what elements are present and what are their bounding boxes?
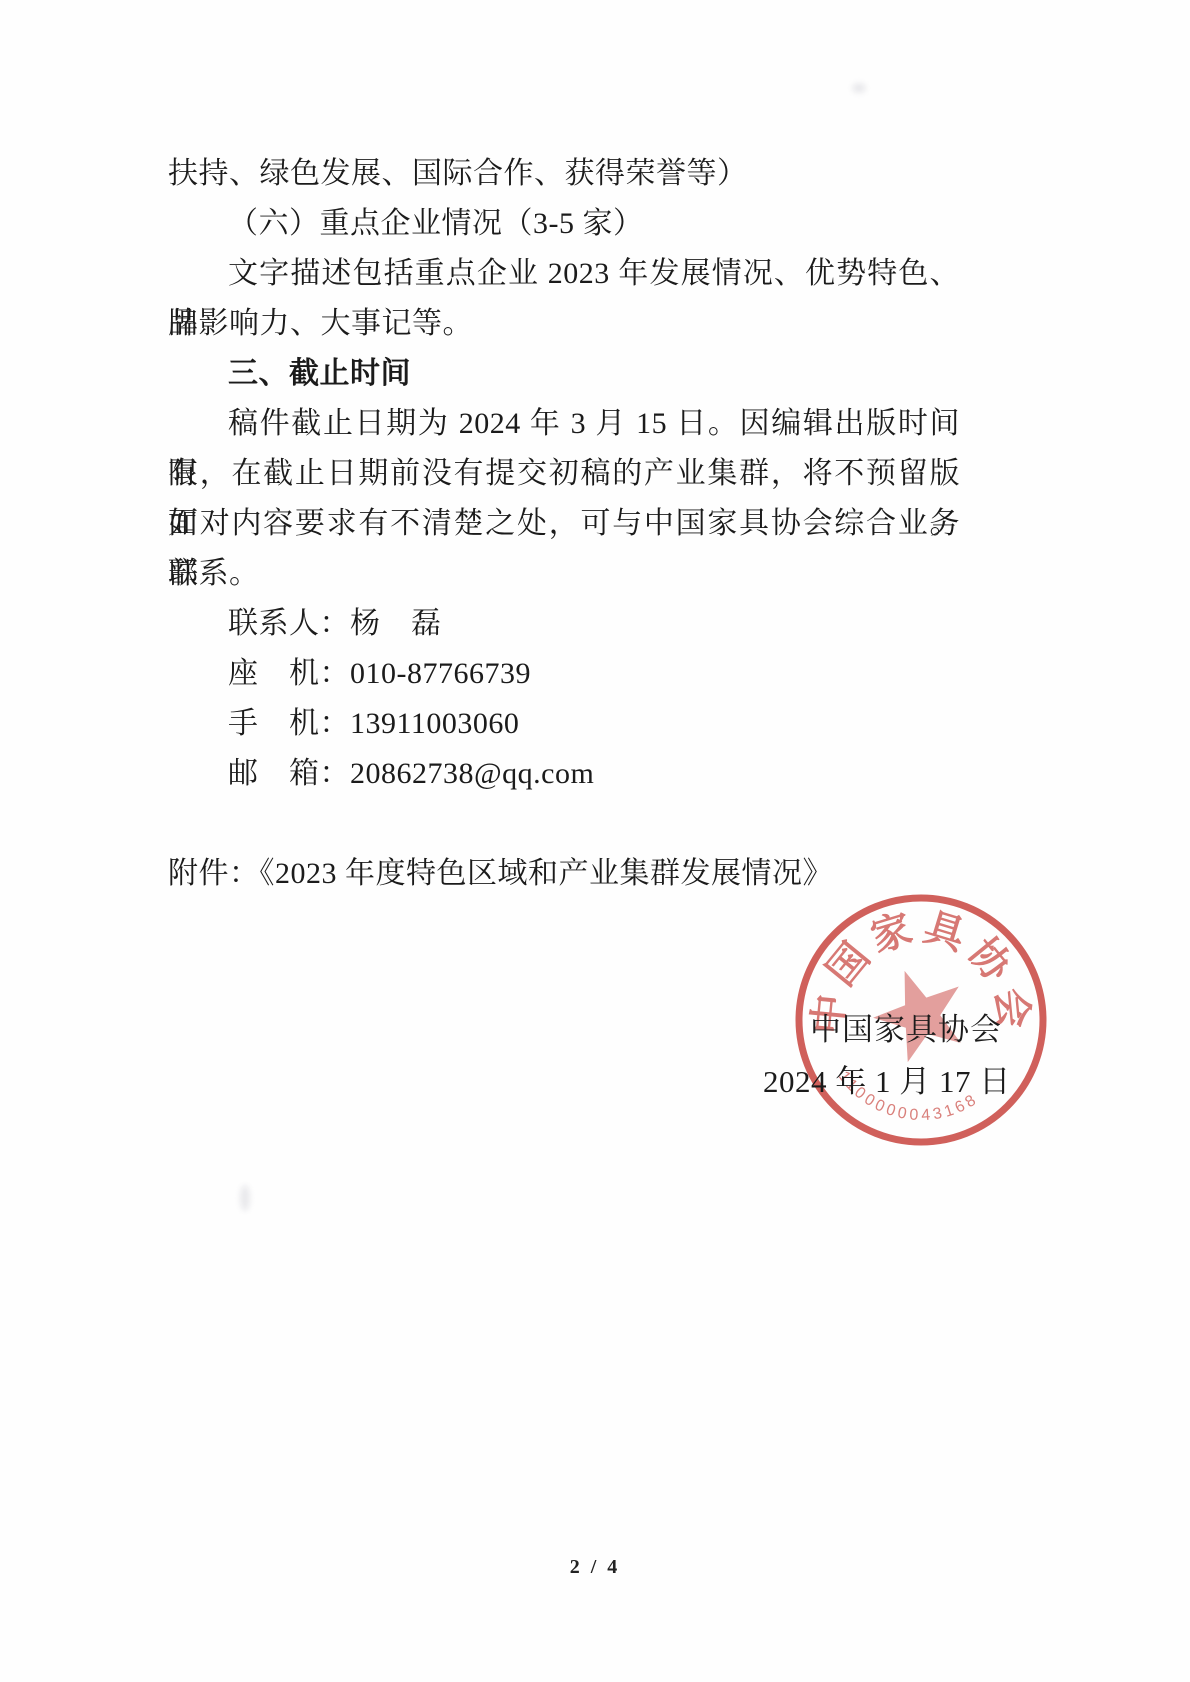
document-page: 扶持、绿色发展、国际合作、获得荣誉等） （六）重点企业情况（3-5 家） 文字描… (0, 0, 1190, 1682)
doc-line: 扶持、绿色发展、国际合作、获得荣誉等） (168, 149, 960, 199)
doc-line: 如对内容要求有不清楚之处，可与中国家具协会综合业务部 (168, 499, 960, 549)
scan-artifact (240, 1185, 250, 1211)
contact-mobile: 手 机：13911003060 (168, 699, 960, 749)
document-body: 扶持、绿色发展、国际合作、获得荣誉等） （六）重点企业情况（3-5 家） 文字描… (168, 149, 960, 899)
doc-line: 限，在截止日期前没有提交初稿的产业集群，将不预留版面。 (168, 449, 960, 499)
doc-line: 联系。 (168, 549, 960, 599)
doc-line: （六）重点企业情况（3-5 家） (168, 199, 960, 249)
blank-line (168, 799, 960, 849)
signature-org: 中国家具协会 (810, 1004, 1002, 1049)
doc-line: 文字描述包括重点企业 2023 年发展情况、优势特色、品 (168, 249, 960, 299)
scan-artifact (852, 83, 866, 93)
doc-line: 牌影响力、大事记等。 (168, 299, 960, 349)
contact-landline: 座 机：010-87766739 (168, 649, 960, 699)
contact-person: 联系人：杨 磊 (168, 599, 960, 649)
section-heading: 三、截止时间 (168, 349, 960, 399)
contact-email: 邮 箱：20862738@qq.com (168, 749, 960, 799)
page-number: 2 / 4 (0, 1556, 1190, 1579)
doc-line: 稿件截止日期为 2024 年 3 月 15 日。因编辑出版时间有 (168, 399, 960, 449)
signature-date: 2024 年 1 月 17 日 (763, 1056, 1011, 1101)
